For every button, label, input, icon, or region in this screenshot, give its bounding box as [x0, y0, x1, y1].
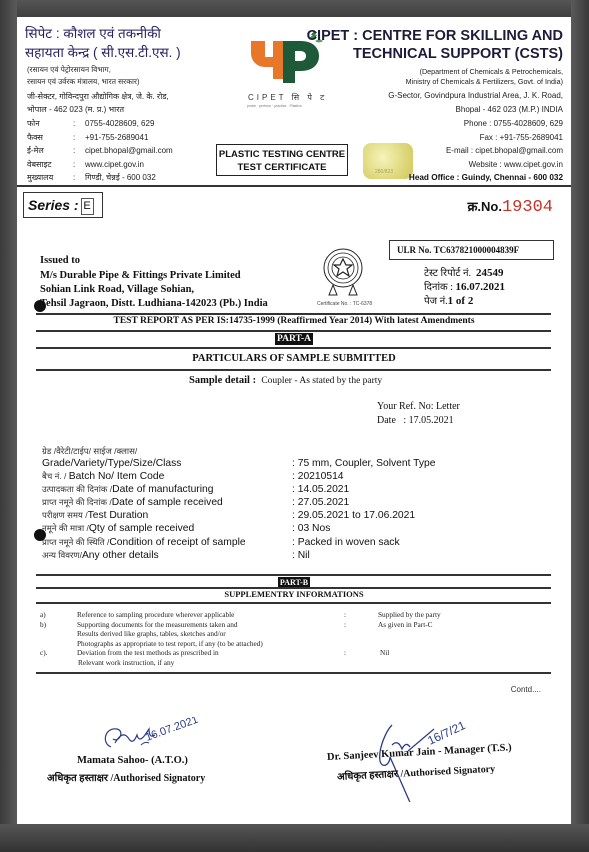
english-fax: Fax : +91-755-2689041 [480, 131, 563, 145]
contact-email: ई-मेल:cipet.bhopal@gmail.com [27, 144, 173, 158]
sample-details-table: Grade/Variety/Type/Size/Class : 75 mm, C… [42, 457, 246, 562]
header-divider [17, 185, 571, 187]
plastic-testing-centre-box: PLASTIC TESTING CENTRE TEST CERTIFICATE [216, 144, 348, 176]
english-email: E-mail : cipet.bhopal@gmail.com [446, 144, 563, 158]
your-ref-date: Date : 17.05.2021 [377, 415, 454, 426]
series-box: Series :E [23, 192, 103, 218]
english-phone: Phone : 0755-4028609, 629 [464, 117, 563, 131]
divider [36, 672, 551, 674]
punch-hole [34, 529, 46, 541]
scan-frame-top [0, 0, 589, 17]
detail-row-grade: Grade/Variety/Type/Size/Class : 75 mm, C… [42, 457, 246, 470]
report-page: पेज नं.1 of 2 [424, 295, 473, 309]
supp-item-b: b) Supporting documents for the measurem… [40, 620, 560, 630]
accreditation-seal [319, 247, 367, 299]
hindi-dept-line1: (रसायन एवं पेट्रोरसायन विभाग, [27, 64, 111, 75]
english-address-line1: G-Sector, Govindpura Industrial Area, J.… [388, 89, 563, 103]
issued-to-address1: Sohian Link Road, Village Sohian, [40, 283, 194, 297]
accreditation-seal-icon [319, 247, 367, 299]
report-title: TEST REPORT AS PER IS:14735-1999 (Reaffi… [17, 316, 571, 326]
hindi-contact-list: फोन:0755-4028609, 629 फैक्स:+91-755-2689… [27, 117, 173, 185]
svg-text:16.07.2021: 16.07.2021 [144, 717, 200, 744]
english-address-line2: Bhopal - 462 023 (M.P.) INDIA [456, 103, 563, 117]
series-code: E [81, 198, 94, 215]
signatory-1-name: Mamata Sahoo- (A.T.O.) [77, 755, 188, 766]
hindi-address-line2: भोपाल - 462 023 (म. प्र.) भारत [27, 104, 124, 116]
detail-row-manufacturing-date: उत्पादकता की दिनांक /Date of manufacturi… [42, 483, 246, 496]
detail-row-received-date: प्राप्त नमूने की दिनांक /Date of sample … [42, 496, 246, 509]
english-dept-line1: (Department of Chemicals & Petrochemical… [420, 67, 563, 77]
detail-row-batch: बैच नं. / Batch No/ Item Code : 20210514 [42, 470, 246, 483]
detail-row-quantity: नमूने की मात्रा /Qty of sample received … [42, 522, 246, 535]
punch-hole [34, 300, 46, 312]
divider [36, 602, 551, 604]
certificate-page: सिपेट : कौशल एवं तकनीकी सहायता केन्द्र (… [17, 17, 571, 824]
ptc-line1: PLASTIC TESTING CENTRE [217, 148, 347, 161]
scan-frame-right [571, 0, 589, 852]
detail-row-test-duration: परीक्षण समय /Test Duration : 29.05.2021 … [42, 509, 246, 522]
hindi-dept-line2: रसायन एवं उर्वरक मंत्रालय, भारत सरकार) [27, 76, 139, 87]
ptc-line2: TEST CERTIFICATE [217, 161, 347, 174]
supp-item-a: a) Reference to sampling procedure where… [40, 610, 560, 620]
supplementary-list: a) Reference to sampling procedure where… [40, 610, 560, 668]
supp-item-c: c). Deviation from the test methods as p… [40, 648, 560, 658]
issued-to-heading: Issued to [40, 254, 80, 268]
hindi-title-line2: सहायता केन्द्र ( सी.एस.टी.एस. ) [25, 44, 181, 62]
logo-caption: CIPET सि पे ट [248, 92, 327, 103]
issued-to-company: M/s Durable Pipe & Fittings Private Limi… [40, 269, 241, 283]
detail-row-condition: प्राप्त नमूने की स्थिति /Condition of re… [42, 536, 246, 549]
english-dept-line2: Ministry of Chemicals & Fertilizers, Gov… [406, 77, 563, 87]
scan-frame-bottom [0, 824, 589, 852]
your-ref-no: Your Ref. No: Letter [377, 401, 460, 412]
report-date: दिनांक : 16.07.2021 [424, 281, 505, 295]
part-a-label-wrap: PART-A [17, 333, 571, 345]
hindi-address-line1: जी-सेक्टर, गोविन्दपुरा औद्योगिक क्षेत्र,… [27, 91, 169, 103]
scan-frame-left [0, 0, 17, 852]
report-number: टेस्ट रिपोर्ट नं. 24549 [424, 267, 504, 281]
hologram-sticker: 280/823 [363, 143, 413, 179]
certificate-number: Certificate No. : TC-6378 [317, 301, 372, 307]
issued-to-address2: Tehsil Jagraon, Distt. Ludhiana-142023 (… [40, 297, 268, 311]
contact-phone: फोन:0755-4028609, 629 [27, 117, 173, 131]
contact-website: वेबसाइट:www.cipet.gov.in [27, 158, 173, 172]
divider [36, 574, 551, 576]
english-title-line1: CIPET : CENTRE FOR SKILLING AND [307, 28, 563, 45]
divider [36, 330, 551, 332]
english-website: Website : www.cipet.gov.in [469, 158, 563, 172]
english-title-line2: TECHNICAL SUPPORT (CSTS) [353, 46, 563, 63]
part-a-heading: PARTICULARS OF SAMPLE SUBMITTED [17, 353, 571, 364]
serial-number-value: 19304 [502, 198, 553, 217]
logo-tagline: probe · perform · practice · Plastics [247, 104, 302, 108]
continued-label: Contd.... [511, 685, 541, 694]
sample-detail: Sample detail : Coupler - As stated by t… [189, 375, 382, 386]
signatory-1-role: अधिकृत हस्ताक्षर /Authorised Signatory [47, 770, 205, 784]
contact-head-office: मुख्यालय:गिण्डी, चेन्नई - 600 032 [27, 171, 173, 185]
divider [36, 313, 551, 315]
english-head-office: Head Office : Guindy, Chennai - 600 032 [409, 173, 563, 182]
divider [36, 347, 551, 349]
part-a-label: PART-A [275, 333, 313, 345]
divider [36, 369, 551, 371]
detail-row-other: अन्य विवरण/Any other details : Nil [42, 549, 246, 562]
contact-fax: फैक्स:+91-755-2689041 [27, 131, 173, 145]
ulr-number-box: ULR No. TC637821000004839F [389, 240, 554, 260]
svg-text:16/7/21: 16/7/21 [425, 718, 467, 748]
part-b-heading: SUPPLEMENTRY INFORMATIONS [17, 589, 571, 599]
hindi-title-line1: सिपेट : कौशल एवं तकनीकी [25, 25, 161, 43]
serial-number: क्र.No.19304 [467, 197, 553, 217]
